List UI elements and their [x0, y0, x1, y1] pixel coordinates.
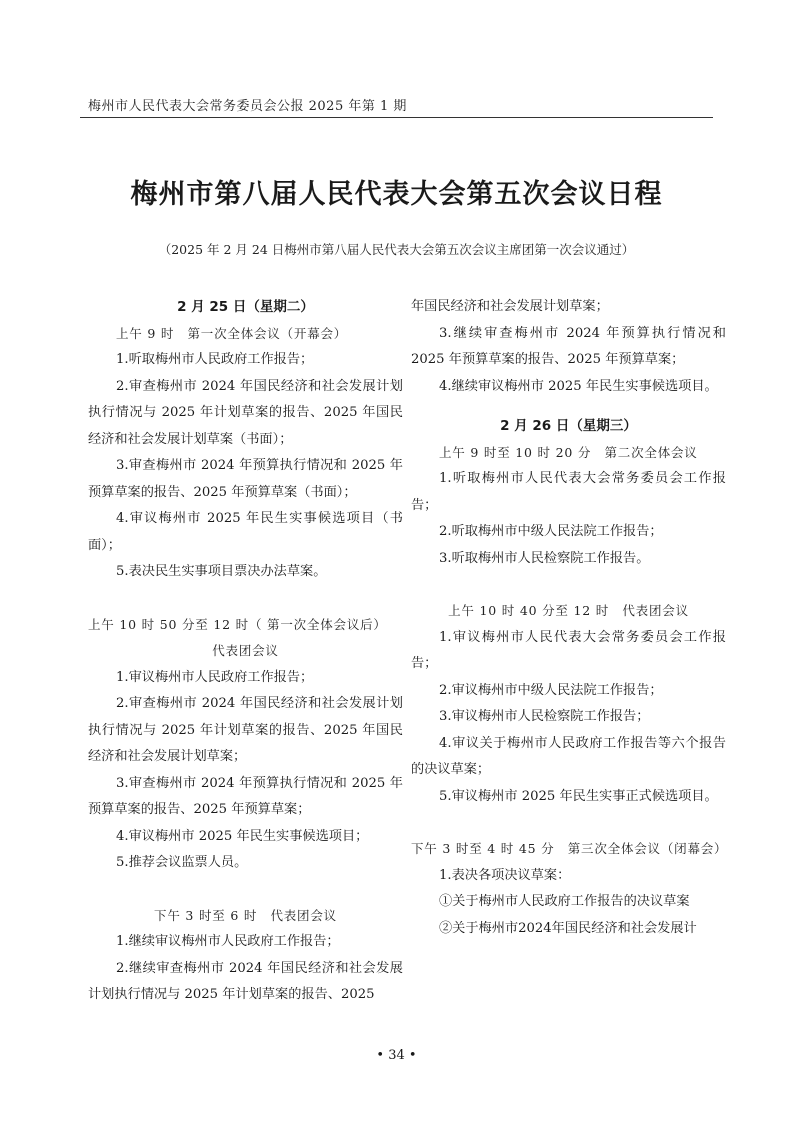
- agenda-subitem: ①关于梅州市人民政府工作报告的决议草案: [411, 889, 726, 916]
- spacer: [411, 572, 726, 598]
- header-rule: [80, 117, 713, 118]
- agenda-item: 5.推荐会议监票人员。: [88, 850, 403, 877]
- agenda-item: 1.听取梅州市人民政府工作报告；: [88, 347, 403, 374]
- agenda-item: 1.听取梅州市人民代表大会常务委员会工作报告；: [411, 466, 726, 519]
- session-heading: 上午 10 时 40 分至 12 时 代表团会议: [411, 598, 726, 625]
- agenda-item: 4.审议梅州市 2025 年民生实事候选项目（书面）；: [88, 506, 403, 559]
- agenda-item: 2.继续审查梅州市 2024 年国民经济和社会发展计划执行情况与 2025 年计…: [88, 956, 403, 1009]
- agenda-item-continued: 年国民经济和社会发展计划草案；: [411, 294, 726, 321]
- session-heading: 上午 10 时 50 分至 12 时（ 第一次全体会议后）: [88, 612, 403, 639]
- agenda-item: 1.表决各项决议草案：: [411, 863, 726, 890]
- agenda-item: 3.审查梅州市 2024 年预算执行情况和 2025 年预算草案的报告、2025…: [88, 453, 403, 506]
- agenda-item: 1.继续审议梅州市人民政府工作报告；: [88, 929, 403, 956]
- agenda-item: 2.审查梅州市 2024 年国民经济和社会发展计划执行情况与 2025 年计划草…: [88, 691, 403, 771]
- agenda-item: 4.审议关于梅州市人民政府工作报告等六个报告的决议草案；: [411, 731, 726, 784]
- agenda-item: 1.审议梅州市人民代表大会常务委员会工作报告；: [411, 625, 726, 678]
- day-heading: 2 月 26 日（星期三）: [411, 413, 726, 440]
- agenda-item: 1.审议梅州市人民政府工作报告；: [88, 665, 403, 692]
- page-title: 梅州市第八届人民代表大会第五次会议日程: [0, 172, 793, 211]
- agenda-item: 2.审查梅州市 2024 年国民经济和社会发展计划执行情况与 2025 年计划草…: [88, 374, 403, 454]
- session-heading: 下午 3 时至 6 时 代表团会议: [88, 903, 403, 930]
- spacer: [88, 877, 403, 903]
- page-subtitle: （2025 年 2 月 24 日梅州市第八届人民代表大会第五次会议主席团第一次会…: [0, 240, 793, 258]
- right-column: 年国民经济和社会发展计划草案； 3.继续审查梅州市 2024 年预算执行情况和 …: [411, 294, 726, 942]
- spacer: [411, 400, 726, 413]
- session-heading: 下午 3 时至 4 时 45 分 第三次全体会议（闭幕会）: [411, 836, 726, 863]
- day-heading: 2 月 25 日（星期二）: [88, 294, 403, 321]
- agenda-item: 3.继续审查梅州市 2024 年预算执行情况和 2025 年预算草案的报告、20…: [411, 321, 726, 374]
- agenda-item: 4.审议梅州市 2025 年民生实事候选项目；: [88, 824, 403, 851]
- spacer: [88, 586, 403, 612]
- session-heading: 上午 9 时至 10 时 20 分 第二次全体会议: [411, 440, 726, 467]
- left-column: 2 月 25 日（星期二） 上午 9 时 第一次全体会议（开幕会） 1.听取梅州…: [88, 294, 403, 1009]
- page-number: • 34 •: [0, 1048, 793, 1063]
- agenda-item: 3.审查梅州市 2024 年预算执行情况和 2025 年预算草案的报告、2025…: [88, 771, 403, 824]
- agenda-item: 4.继续审议梅州市 2025 年民生实事候选项目。: [411, 374, 726, 401]
- agenda-item: 3.听取梅州市人民检察院工作报告。: [411, 546, 726, 573]
- agenda-item: 5.审议梅州市 2025 年民生实事正式候选项目。: [411, 784, 726, 811]
- spacer: [411, 810, 726, 836]
- running-head: 梅州市人民代表大会常务委员会公报 2025 年第 1 期: [88, 95, 407, 114]
- agenda-subitem: ②关于梅州市2024年国民经济和社会发展计: [411, 916, 726, 943]
- agenda-item: 3.审议梅州市人民检察院工作报告；: [411, 704, 726, 731]
- agenda-item: 2.听取梅州市中级人民法院工作报告；: [411, 519, 726, 546]
- agenda-item: 5.表决民生实事项目票决办法草案。: [88, 559, 403, 586]
- agenda-item: 2.审议梅州市中级人民法院工作报告；: [411, 678, 726, 705]
- session-subheading: 代表团会议: [88, 638, 403, 665]
- session-heading: 上午 9 时 第一次全体会议（开幕会）: [88, 321, 403, 348]
